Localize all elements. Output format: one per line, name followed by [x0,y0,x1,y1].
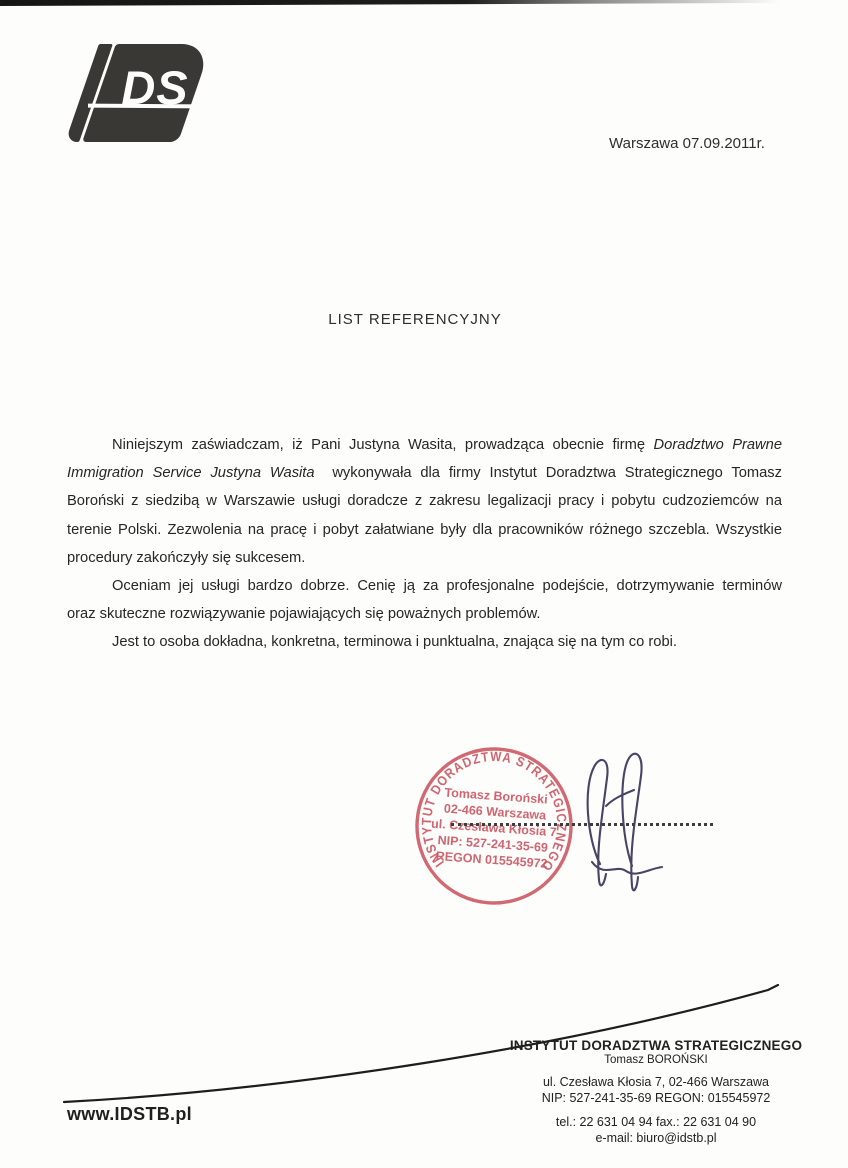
website-url: www.IDSTB.pl [67,1104,192,1125]
letter-body: Niniejszym zaświadczam, iż Pani Justyna … [67,434,782,660]
body-line: Immigration Service Justyna Wasita wykon… [67,462,782,490]
logo-strike-line [88,104,200,109]
signature-flourish [592,862,662,874]
footer-company-name: INSTYTUT DORADZTWA STRATEGICZNEGO [470,1038,842,1053]
footer-email: e-mail: biuro@idstb.pl [470,1131,842,1145]
scan-edge-artifact [0,0,848,6]
handwritten-signature [570,746,682,896]
signature-cross-stroke [606,790,634,806]
letter-date: Warszawa 07.09.2011r. [609,135,765,152]
footer-nip-regon: NIP: 527-241-35-69 REGON: 015545972 [470,1091,842,1105]
footer-person-name: Tomasz BOROŃSKI [470,1054,842,1066]
body-text-segment-italic: Immigration Service Justyna Wasita [67,465,315,481]
body-line: Jest to osoba dokładna, konkretna, termi… [67,631,782,659]
body-line: procedury zakończyły się sukcesem. [67,547,782,575]
letter-page: DS Warszawa 07.09.2011r. LIST REFERENCYJ… [0,0,848,1168]
body-line: terenie Polski. Zezwolenia na pracę i po… [67,519,782,547]
body-line: Boroński z siedzibą w Warszawie usługi d… [67,490,782,518]
body-text-segment: wykonywała dla firmy Instytut Doradztwa … [332,465,782,481]
footer-phone-fax: tel.: 22 631 04 94 fax.: 22 631 04 90 [470,1115,842,1129]
body-line: Oceniam jej usługi bardzo dobrze. Cenię … [67,575,782,603]
body-text-segment-italic: Doradztwo Prawne [654,437,782,453]
body-line: oraz skuteczne rozwiązywanie pojawiający… [67,603,782,631]
company-round-stamp: INSTYTUT DORADZTWA STRATEGICZNEGO Tomasz… [402,734,586,918]
body-line: Niniejszym zaświadczam, iż Pani Justyna … [67,434,782,462]
footer-address: ul. Czesława Kłosia 7, 02-466 Warszawa [470,1075,842,1089]
letter-title: LIST REFERENCYJNY [0,311,830,328]
body-text-segment: Niniejszym zaświadczam, iż Pani Justyna … [112,437,645,453]
ids-company-logo: DS [66,44,216,142]
footer-block: INSTYTUT DORADZTWA STRATEGICZNEGO Tomasz… [470,1038,842,1145]
